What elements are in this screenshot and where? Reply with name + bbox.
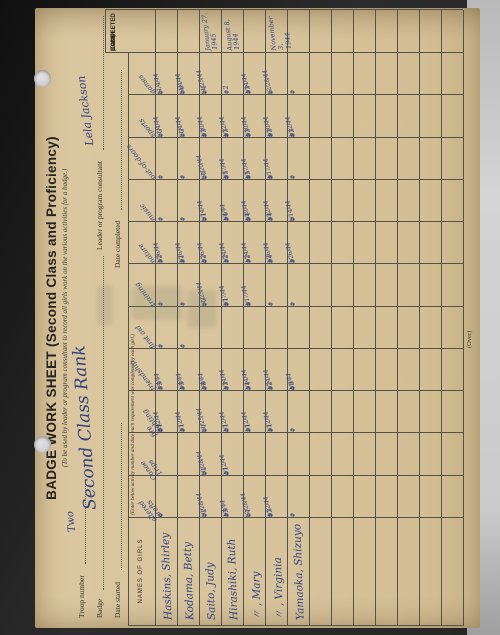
table-row-line: [397, 10, 398, 626]
girl-name: Haskins, Shirley: [159, 533, 174, 621]
ink-smudge: [187, 290, 217, 328]
badge-completed-cell: November 3, 1944: [267, 11, 289, 51]
table-column-line: [128, 432, 463, 433]
table-row-line: [419, 10, 420, 626]
punch-hole-icon: [34, 436, 51, 453]
table-row-line: [375, 10, 376, 626]
table-row-line: [309, 10, 310, 626]
names-of-girls-header: NAMES OF GIRLS: [138, 524, 144, 618]
table-row-line: [463, 10, 464, 626]
table-row-line: [441, 10, 442, 626]
scanned-page-wrapper: BADGE WORK SHEET (Second Class and Profi…: [35, 8, 480, 628]
ink-smudge: [131, 286, 183, 320]
table-row-line: [353, 10, 354, 626]
table-column-line: [128, 390, 463, 391]
badge-work-sheet-page: BADGE WORK SHEET (Second Class and Profi…: [35, 8, 480, 628]
ink-smudge: [97, 285, 113, 325]
over-page-note: (Over): [466, 331, 473, 348]
table-row-line: [331, 10, 332, 626]
table-column-line: [128, 517, 463, 518]
badge-completed-cell: January 27, 1945: [201, 11, 223, 51]
badge-column-top-line: [105, 10, 106, 53]
table-column-line: [128, 263, 463, 264]
table-column-line: [105, 9, 463, 10]
girl-name: 〃 , Mary: [248, 571, 265, 620]
table-top-line: [128, 53, 129, 626]
table-column-line: [105, 52, 463, 53]
girl-name: Kodama, Betty: [182, 542, 197, 620]
badge-completed-cell: August 8, 1944: [223, 11, 245, 51]
girl-name: 〃 , Virginia: [270, 557, 287, 620]
girl-name: Hirashiki, Ruth: [226, 538, 241, 620]
table-column-line: [128, 475, 463, 476]
girl-name: Yamaoka, Shizuyo: [291, 524, 306, 620]
punch-hole-icon: [34, 70, 51, 87]
table-column-line: [128, 625, 463, 626]
table-column-line: [128, 94, 463, 95]
column-header-label: Canoe Trips: [139, 454, 164, 481]
girl-name: Saito, Judy: [204, 562, 218, 620]
